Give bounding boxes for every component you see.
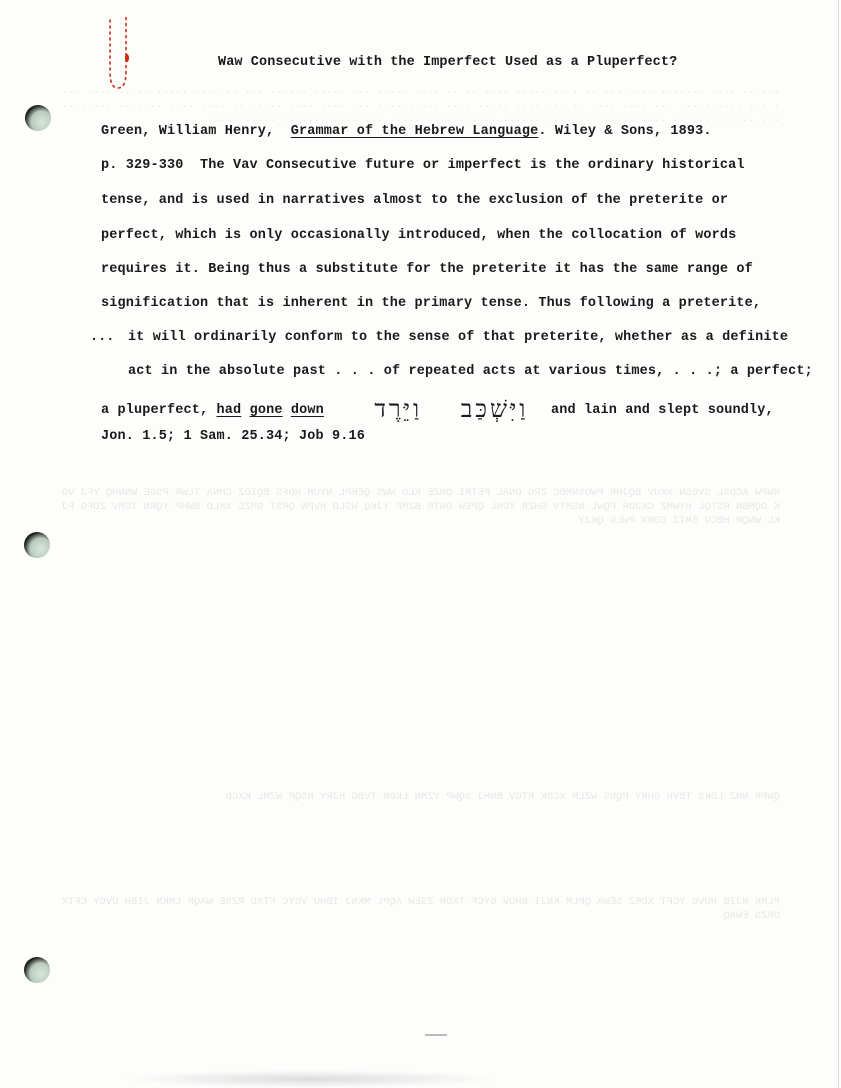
page-reference: p. 329-330 [101, 158, 184, 173]
footer-mark [425, 1034, 447, 1036]
body-line-2: tense, and is used in narratives almost … [101, 193, 728, 208]
citation-author: Green, William Henry, [101, 124, 274, 139]
underlined-had: had [217, 403, 242, 418]
hebrew-word-vayered: וַיֵּרֶד [374, 395, 422, 424]
body-line-7: act in the absolute past . . . of repeat… [128, 364, 813, 379]
punch-hole-bottom-icon [24, 957, 50, 983]
underlined-down: down [291, 403, 324, 418]
body-line-5: signification that is inherent in the pr… [101, 296, 761, 311]
hebrew-word-vayishkav: וַיִּשְׁכַּב [461, 395, 529, 424]
page-edge [838, 0, 839, 1088]
scan-shadow [120, 1070, 500, 1088]
bleed-through-text-middle: NWPW ACDSL SVGSN XKUV BQJHR PWOSNMBC ZRG… [60, 486, 780, 756]
body-line-3: perfect, which is only occasionally intr… [101, 228, 736, 243]
body-text-8-end: and lain and slept soundly, [551, 403, 774, 418]
punch-hole-middle-icon [24, 532, 50, 558]
bleed-through-text-lower: QWPR NMZ LDKS TBVH GHRY PQNS WZLM XCDK R… [60, 790, 780, 890]
paperclip-rust-mark [104, 10, 132, 96]
body-line-4: requires it. Being thus a substitute for… [101, 262, 753, 277]
scanned-page: ··· ·· ···· ······· ···· ··· ·· · ·· ···… [0, 0, 841, 1088]
margin-ellipsis: ... [90, 330, 114, 345]
citation-publisher-year: . Wiley & Sons, 1893. [538, 124, 711, 139]
body-line-1: p. 329-330 The Vav Consecutive future or… [101, 158, 745, 173]
body-text-8-start: a pluperfect, [101, 403, 217, 418]
body-text-1: The Vav Consecutive future or imperfect … [200, 158, 745, 173]
citation-line: Green, William Henry, Grammar of the Heb… [101, 124, 712, 139]
citation-book-title: Grammar of the Hebrew Language [291, 124, 539, 139]
document-title: Waw Consecutive with the Imperfect Used … [218, 55, 677, 70]
body-line-8: a pluperfect, had gone down וַיֵּרֶד וַי… [101, 395, 774, 424]
bleed-through-text-bottom: PLMK NJIB HUVG YCFT XDRZ SEWA QPLM KNJI … [60, 895, 780, 1015]
underlined-gone: gone [250, 403, 283, 418]
body-line-6: it will ordinarily conform to the sense … [128, 330, 788, 345]
punch-hole-top-icon [25, 105, 51, 131]
scripture-references: Jon. 1.5; 1 Sam. 25.34; Job 9.16 [101, 429, 365, 444]
